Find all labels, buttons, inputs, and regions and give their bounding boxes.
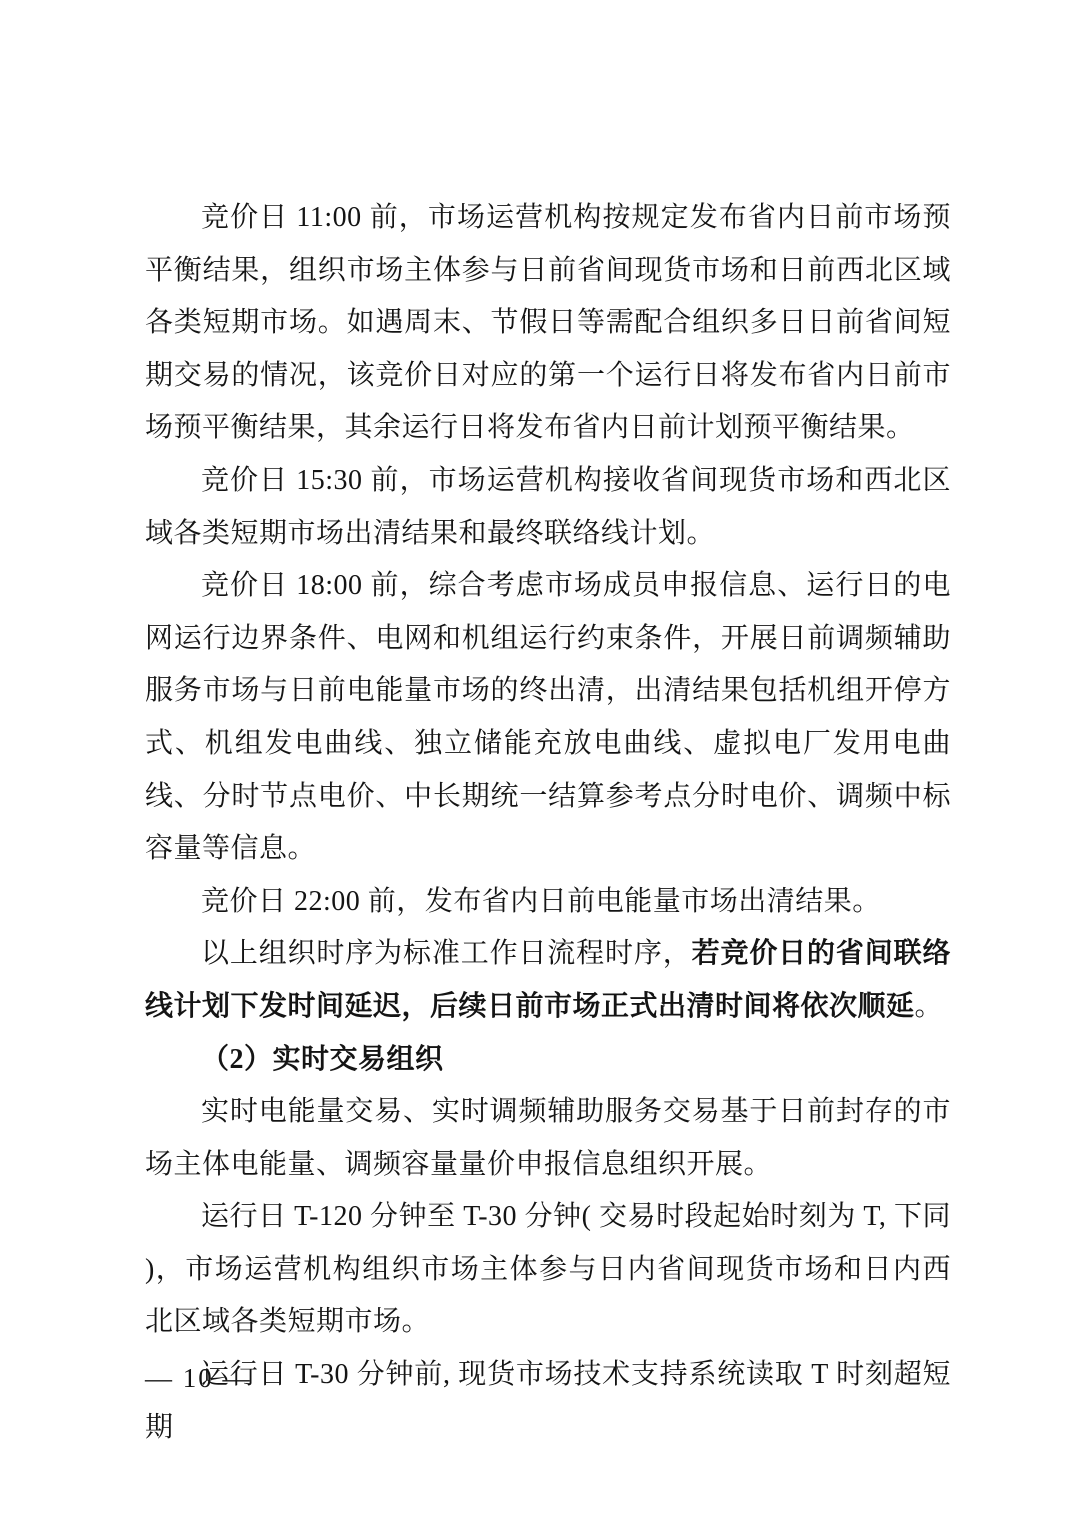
text-segment: 竞价日 22:00 前，发布省内日前电能量市场出清结果。 <box>201 886 881 917</box>
text-segment: 竞价日 18:00 前，综合考虑市场成员申报信息、运行日的电网运行边界条件、电网… <box>145 570 951 864</box>
text-segment: 。 <box>915 991 944 1022</box>
text-segment: 以上组织时序为标准工作日流程时序， <box>201 938 692 969</box>
bold-text-segment: （2）实时交易组织 <box>201 1044 444 1075</box>
paragraph-bidding-day-1800: 竞价日 18:00 前，综合考虑市场成员申报信息、运行日的电网运行边界条件、电网… <box>145 560 951 876</box>
heading-realtime-trading-organization: （2）实时交易组织 <box>145 1034 951 1087</box>
text-segment: 实时电能量交易、实时调频辅助服务交易基于日前封存的市场主体电能量、调频容量量价申… <box>145 1096 951 1180</box>
paragraph-operation-day-t30: 运行日 T-30 分钟前, 现货市场技术支持系统读取 T 时刻超短期 <box>145 1349 951 1454</box>
text-segment: 运行日 T-120 分钟至 T-30 分钟( 交易时段起始时刻为 T, 下同 )… <box>145 1201 951 1337</box>
paragraph-schedule-note: 以上组织时序为标准工作日流程时序，若竞价日的省间联络线计划下发时间延迟，后续日前… <box>145 928 951 1033</box>
paragraph-operation-day-t120: 运行日 T-120 分钟至 T-30 分钟( 交易时段起始时刻为 T, 下同 )… <box>145 1191 951 1349</box>
paragraph-bidding-day-1100: 竞价日 11:00 前，市场运营机构按规定发布省内日前市场预平衡结果，组织市场主… <box>145 192 951 455</box>
paragraph-realtime-energy-trading: 实时电能量交易、实时调频辅助服务交易基于日前封存的市场主体电能量、调频容量量价申… <box>145 1086 951 1191</box>
text-segment: 竞价日 15:30 前，市场运营机构接收省间现货市场和西北区域各类短期市场出清结… <box>145 465 951 549</box>
paragraph-bidding-day-2200: 竞价日 22:00 前，发布省内日前电能量市场出清结果。 <box>145 876 951 929</box>
page-number: — 10 — <box>145 1358 252 1398</box>
text-segment: 运行日 T-30 分钟前, 现货市场技术支持系统读取 T 时刻超短期 <box>145 1359 951 1443</box>
text-block: 竞价日 11:00 前，市场运营机构按规定发布省内日前市场预平衡结果，组织市场主… <box>145 192 951 1454</box>
document-page: 竞价日 11:00 前，市场运营机构按规定发布省内日前市场预平衡结果，组织市场主… <box>0 0 1080 1527</box>
paragraph-bidding-day-1530: 竞价日 15:30 前，市场运营机构接收省间现货市场和西北区域各类短期市场出清结… <box>145 455 951 560</box>
text-segment: 竞价日 11:00 前，市场运营机构按规定发布省内日前市场预平衡结果，组织市场主… <box>145 202 951 443</box>
